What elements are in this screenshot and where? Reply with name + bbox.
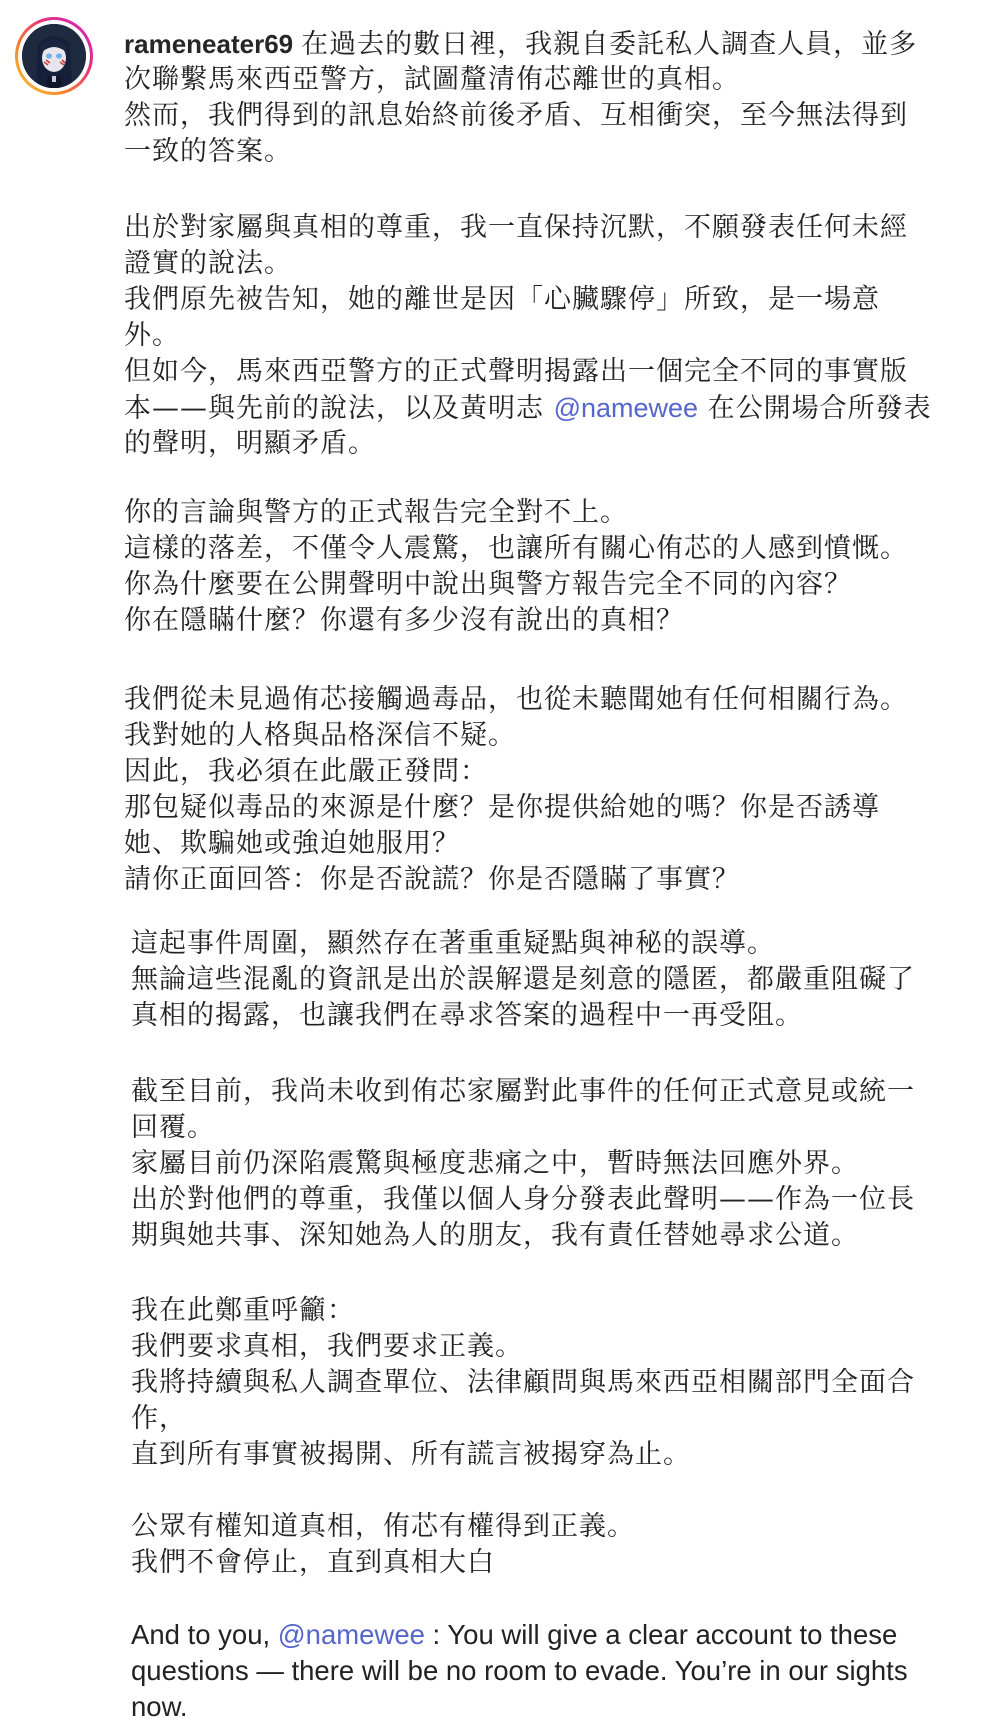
caption-line: 那包疑似毒品的來源是什麼？是你提供給她的嗎？你是否誘導 [124,790,908,826]
avatar-ring-gap [18,20,90,92]
caption-line: rameneater69在過去的數日裡，我親自委託私人調查人員，並多 [124,26,917,62]
caption-line: And to you, @namewee : You will give a c… [131,1617,908,1653]
caption-line: questions — there will be no room to eva… [131,1653,908,1689]
caption-line: 出於對家屬與真相的尊重，我一直保持沉默，不願發表任何未經 [124,210,932,246]
avatar-image-icon [22,24,86,88]
caption-line: 我對她的人格與品格深信不疑。 [124,718,908,754]
caption-line: 這樣的落差，不僅令人震驚，也讓所有關心侑芯的人感到憤慨。 [124,531,908,567]
caption-line: 無論這些混亂的資訊是出於誤解還是刻意的隱匿，都嚴重阻礙了 [131,962,915,998]
caption-text: 在公開場合所發表 [698,393,932,424]
caption-line: 截至目前，我尚未收到侑芯家屬對此事件的任何正式意見或統一 [131,1074,915,1110]
caption-line: 本——與先前的說法，以及黃明志 @namewee 在公開場合所發表 [124,390,932,426]
caption-line: 作， [131,1401,915,1437]
caption-line: 你為什麼要在公開聲明中說出與警方報告完全不同的內容？ [124,567,908,603]
caption-line: 公眾有權知道真相，侑芯有權得到正義。 [131,1509,635,1545]
caption-paragraph: 截至目前，我尚未收到侑芯家屬對此事件的任何正式意見或統一 回覆。 家屬目前仍深陷… [131,1074,915,1254]
caption-line: 我們原先被告知，她的離世是因「心臟驟停」所致，是一場意 [124,282,932,318]
caption-line: 出於對他們的尊重，我僅以個人身分發表此聲明——作為一位長 [131,1182,915,1218]
caption-paragraph: 我在此鄭重呼籲： 我們要求真相，我們要求正義。 我將持續與私人調查單位、法律顧問… [131,1293,915,1473]
caption-line: 你的言論與警方的正式報告完全對不上。 [124,495,908,531]
caption-paragraph: 你的言論與警方的正式報告完全對不上。 這樣的落差，不僅令人震驚，也讓所有關心侑芯… [124,495,908,639]
caption-paragraph-english: And to you, @namewee : You will give a c… [131,1617,908,1724]
caption-paragraph: 我們從未見過侑芯接觸過毒品，也從未聽聞她有任何相關行為。 我對她的人格與品格深信… [124,682,908,898]
caption-line: 直到所有事實被揭開、所有謊言被揭穿為止。 [131,1437,915,1473]
caption-line: 一致的答案。 [124,134,917,170]
caption-line: 我們從未見過侑芯接觸過毒品，也從未聽聞她有任何相關行為。 [124,682,908,718]
caption-line: 我們不會停止，直到真相大白 [131,1545,635,1581]
caption-line: 我將持續與私人調查單位、法律顧問與馬來西亞相關部門全面合 [131,1365,915,1401]
caption-line: 她、欺騙她或強迫她服用？ [124,826,908,862]
caption-line: 你在隱瞞什麼？你還有多少沒有說出的真相？ [124,603,908,639]
caption-line: 家屬目前仍深陷震驚與極度悲痛之中，暫時無法回應外界。 [131,1146,915,1182]
caption-paragraph: rameneater69在過去的數日裡，我親自委託私人調查人員，並多 次聯繫馬來… [124,26,917,170]
caption-line: now. [131,1689,908,1724]
caption-paragraph: 公眾有權知道真相，侑芯有權得到正義。 我們不會停止，直到真相大白 [131,1509,635,1581]
mention-link-namewee[interactable]: @namewee [278,1619,425,1650]
caption-line: 這起事件周圍，顯然存在著重重疑點與神秘的誤導。 [131,926,915,962]
mention-link-namewee[interactable]: @namewee [554,393,698,423]
caption-line: 我們要求真相，我們要求正義。 [131,1329,915,1365]
caption-line: 因此，我必須在此嚴正發問： [124,754,908,790]
caption-text: 本——與先前的說法，以及黃明志 [124,393,554,424]
caption-text: : You will give a clear account to these [425,1619,897,1650]
caption-line: 證實的說法。 [124,246,932,282]
caption-line: 外。 [124,318,932,354]
caption-line: 但如今，馬來西亞警方的正式聲明揭露出一個完全不同的事實版 [124,354,932,390]
caption-line: 期與她共事、深知她為人的朋友，我有責任替她尋求公道。 [131,1218,915,1254]
caption-line: 真相的揭露，也讓我們在尋求答案的過程中一再受阻。 [131,998,915,1034]
caption-text: And to you, [131,1619,278,1650]
avatar-story-ring[interactable] [15,17,93,95]
author-username-link[interactable]: rameneater69 [124,29,293,59]
caption-line: 的聲明，明顯矛盾。 [124,426,932,462]
caption-paragraph: 這起事件周圍，顯然存在著重重疑點與神秘的誤導。 無論這些混亂的資訊是出於誤解還是… [131,926,915,1034]
caption-text: 在過去的數日裡，我親自委託私人調查人員，並多 [301,29,917,60]
avatar[interactable] [22,24,86,88]
caption-line: 回覆。 [131,1110,915,1146]
caption-line: 我在此鄭重呼籲： [131,1293,915,1329]
caption-line: 次聯繫馬來西亞警方，試圖釐清侑芯離世的真相。 [124,62,917,98]
caption-paragraph: 出於對家屬與真相的尊重，我一直保持沉默，不願發表任何未經 證實的說法。 我們原先… [124,210,932,462]
caption-line: 請你正面回答：你是否說謊？你是否隱瞞了事實？ [124,862,908,898]
caption-line: 然而，我們得到的訊息始終前後矛盾、互相衝突，至今無法得到 [124,98,917,134]
